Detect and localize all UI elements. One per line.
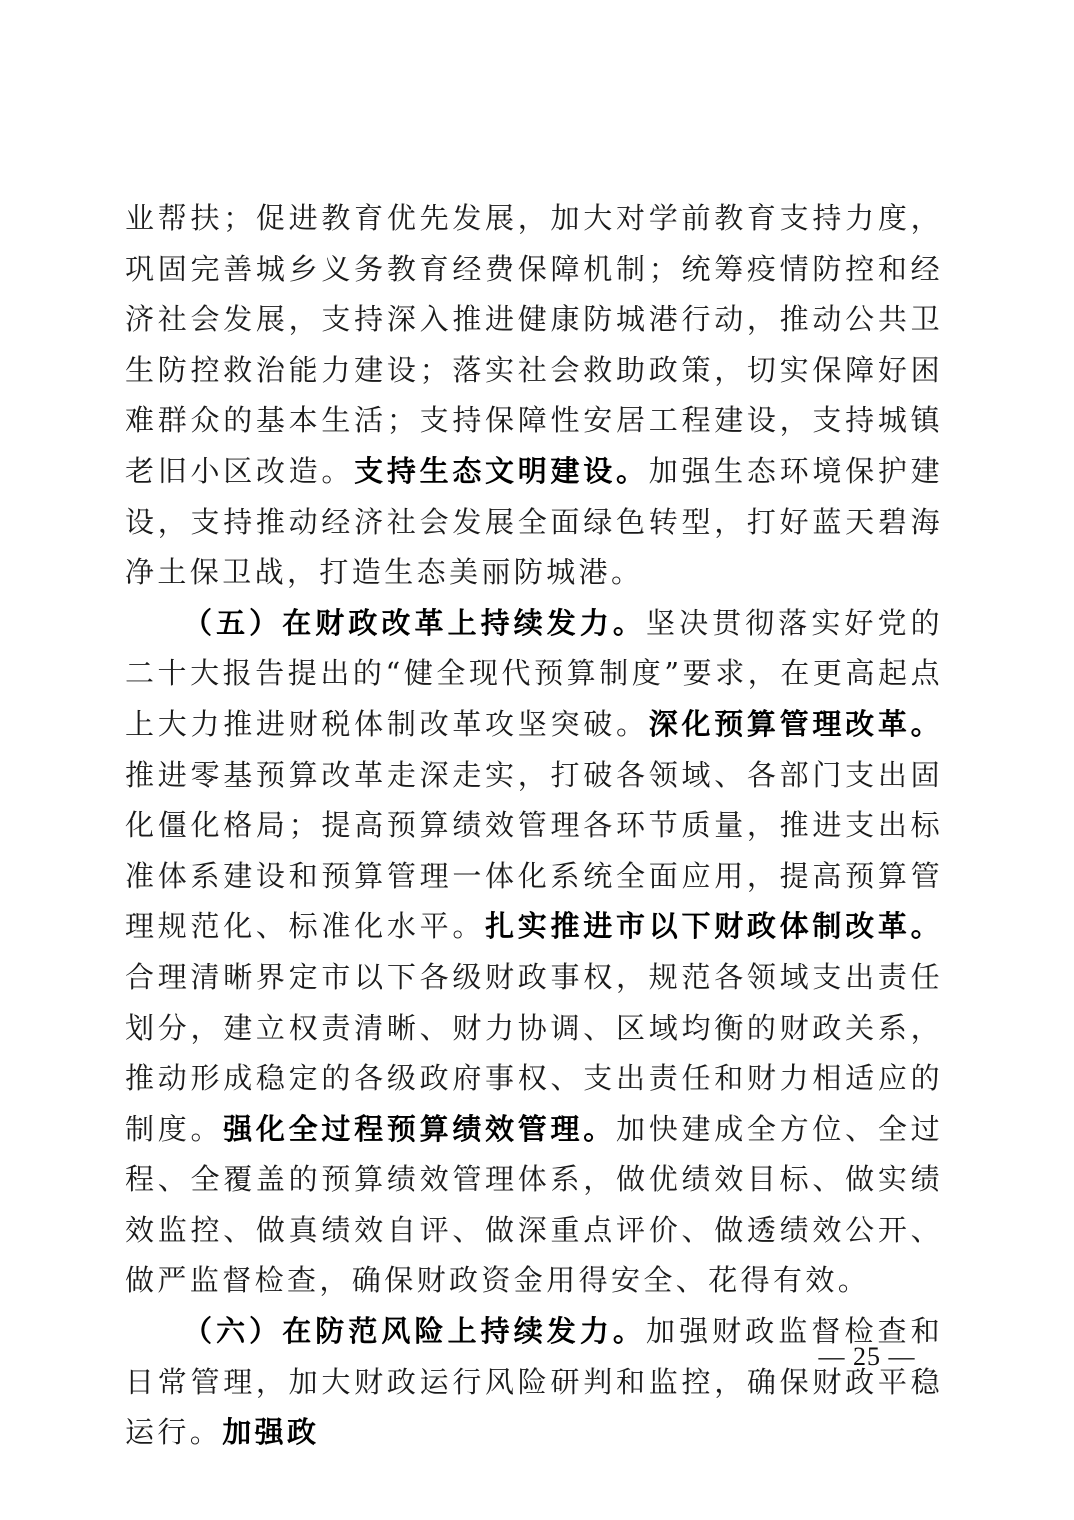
bold-heading-performance: 强化全过程预算绩效管理。 (223, 1112, 616, 1146)
bold-heading-ecology: 支持生态文明建设。 (354, 454, 649, 488)
bold-heading-subcity-reform: 扎实推进市以下财政体制改革。 (485, 909, 943, 943)
paragraph-fiscal-reform: （五）在财政改革上持续发力。坚决贯彻落实好党的二十大报告提出的“健全现代预算制度… (125, 598, 943, 1306)
section-heading-5: （五）在财政改革上持续发力。 (183, 606, 646, 640)
text-run: 业帮扶；促进教育优先发展，加大对学前教育支持力度，巩固完善城乡义务教育经费保障机… (125, 201, 943, 488)
paragraph-social-ecology: 业帮扶；促进教育优先发展，加大对学前教育支持力度，巩固完善城乡义务教育经费保障机… (125, 193, 943, 598)
document-page: 业帮扶；促进教育优先发展，加大对学前教育支持力度，巩固完善城乡义务教育经费保障机… (0, 0, 1074, 1520)
bold-heading-budget-reform: 深化预算管理改革。 (649, 707, 943, 741)
paragraph-risk-prevention: （六）在防范风险上持续发力。加强财政监督检查和日常管理，加大财政运行风险研判和监… (125, 1306, 943, 1458)
section-heading-6: （六）在防范风险上持续发力。 (183, 1314, 646, 1348)
bold-heading-continued: 加强政 (222, 1415, 319, 1449)
body-text: 业帮扶；促进教育优先发展，加大对学前教育支持力度，巩固完善城乡义务教育经费保障机… (125, 193, 943, 1458)
page-number: — 25 — (812, 1342, 922, 1372)
